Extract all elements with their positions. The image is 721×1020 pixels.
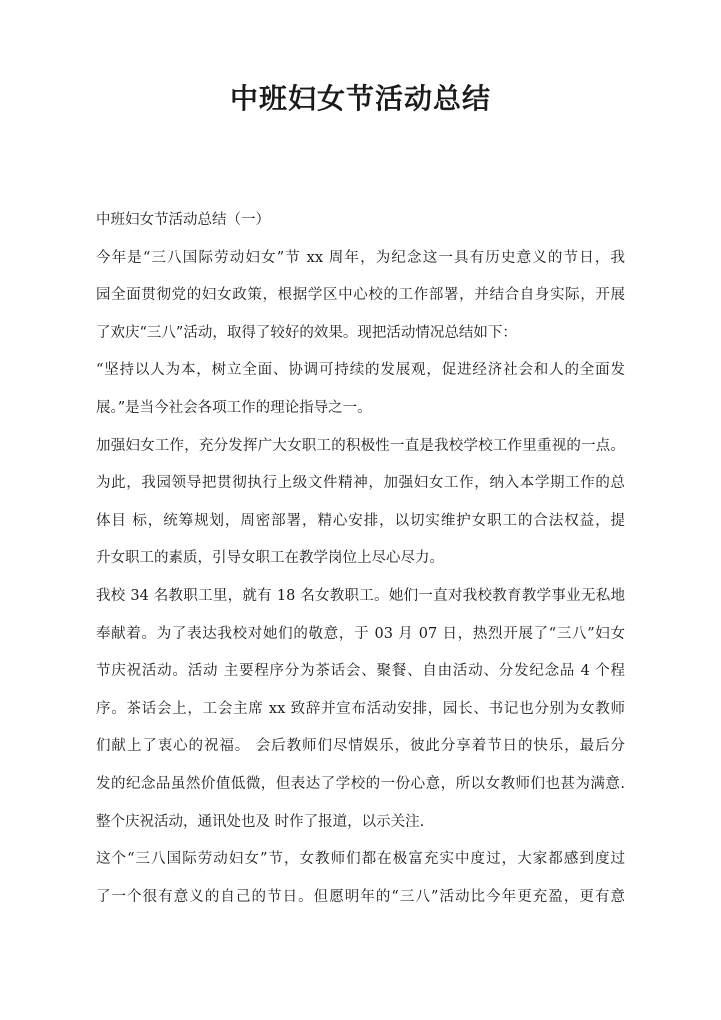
text-line: 我校 34 名教职工里，就有 18 名女教职工。她们一直对我校教育教学事业无私地 (96, 578, 625, 616)
text-line: 今年是“三八国际劳动妇女”节 xx 周年，为纪念这一具有历史意义的节日，我 (96, 240, 625, 278)
text-line: 这个“三八国际劳动妇女”节，女教师们都在极富充实中度过，大家都感到度过 (96, 841, 625, 879)
document-page: 中班妇女节活动总结 中班妇女节活动总结（一）今年是“三八国际劳动妇女”节 xx … (0, 0, 721, 1020)
text-line: 序。茶话会上，工会主席 xx 致辞并宣布活动安排，园长、书记也分别为女教师 (96, 691, 625, 729)
document-lines: 中班妇女节活动总结（一）今年是“三八国际劳动妇女”节 xx 周年，为纪念这一具有… (96, 202, 625, 916)
text-line: 体目 标，统筹规划，周密部署，精心安排，以切实维护女职工的合法权益，提 (96, 503, 625, 541)
document-title: 中班妇女节活动总结 (0, 0, 721, 118)
text-line: 奉献着。为了表达我校对她们的敬意，于 03 月 07 日，热烈开展了“三八”妇女 (96, 616, 625, 654)
text-line: 园全面贯彻党的妇女政策，根据学区中心校的工作部署，并结合自身实际，开展 (96, 277, 625, 315)
text-line: 升女职工的素质，引导女职工在教学岗位上尽心尽力。 (96, 540, 625, 578)
text-line: 了一个很有意义的自己的节日。但愿明年的“三八”活动比今年更充盈，更有意 (96, 879, 625, 917)
text-line: 展。”是当今社会各项工作的理论指导之一。 (96, 390, 625, 428)
text-line: 加强妇女工作，充分发挥广大女职工的积极性一直是我校学校工作里重视的一点。 (96, 428, 625, 466)
text-line: “坚持以人为本，树立全面、协调可持续的发展观，促进经济社会和人的全面发 (96, 352, 625, 390)
text-line: 发的纪念品虽然价值低微，但表达了学校的一份心意，所以女教师们也甚为满意. (96, 766, 625, 804)
text-line: 们献上了衷心的祝福。 会后教师们尽情娱乐，彼此分享着节日的快乐，最后分 (96, 728, 625, 766)
text-line: 中班妇女节活动总结（一） (96, 202, 625, 240)
text-line: 节庆祝活动。活动 主要程序分为茶话会、聚餐、自由活动、分发纪念品 4 个程 (96, 653, 625, 691)
text-line: 为此，我园领导把贯彻执行上级文件精神，加强妇女工作，纳入本学期工作的总 (96, 465, 625, 503)
text-line: 整个庆祝活动，通讯处也及 时作了报道，以示关注. (96, 804, 625, 842)
text-line: 了欢庆“三八”活动，取得了较好的效果。现把活动情况总结如下： (96, 315, 625, 353)
